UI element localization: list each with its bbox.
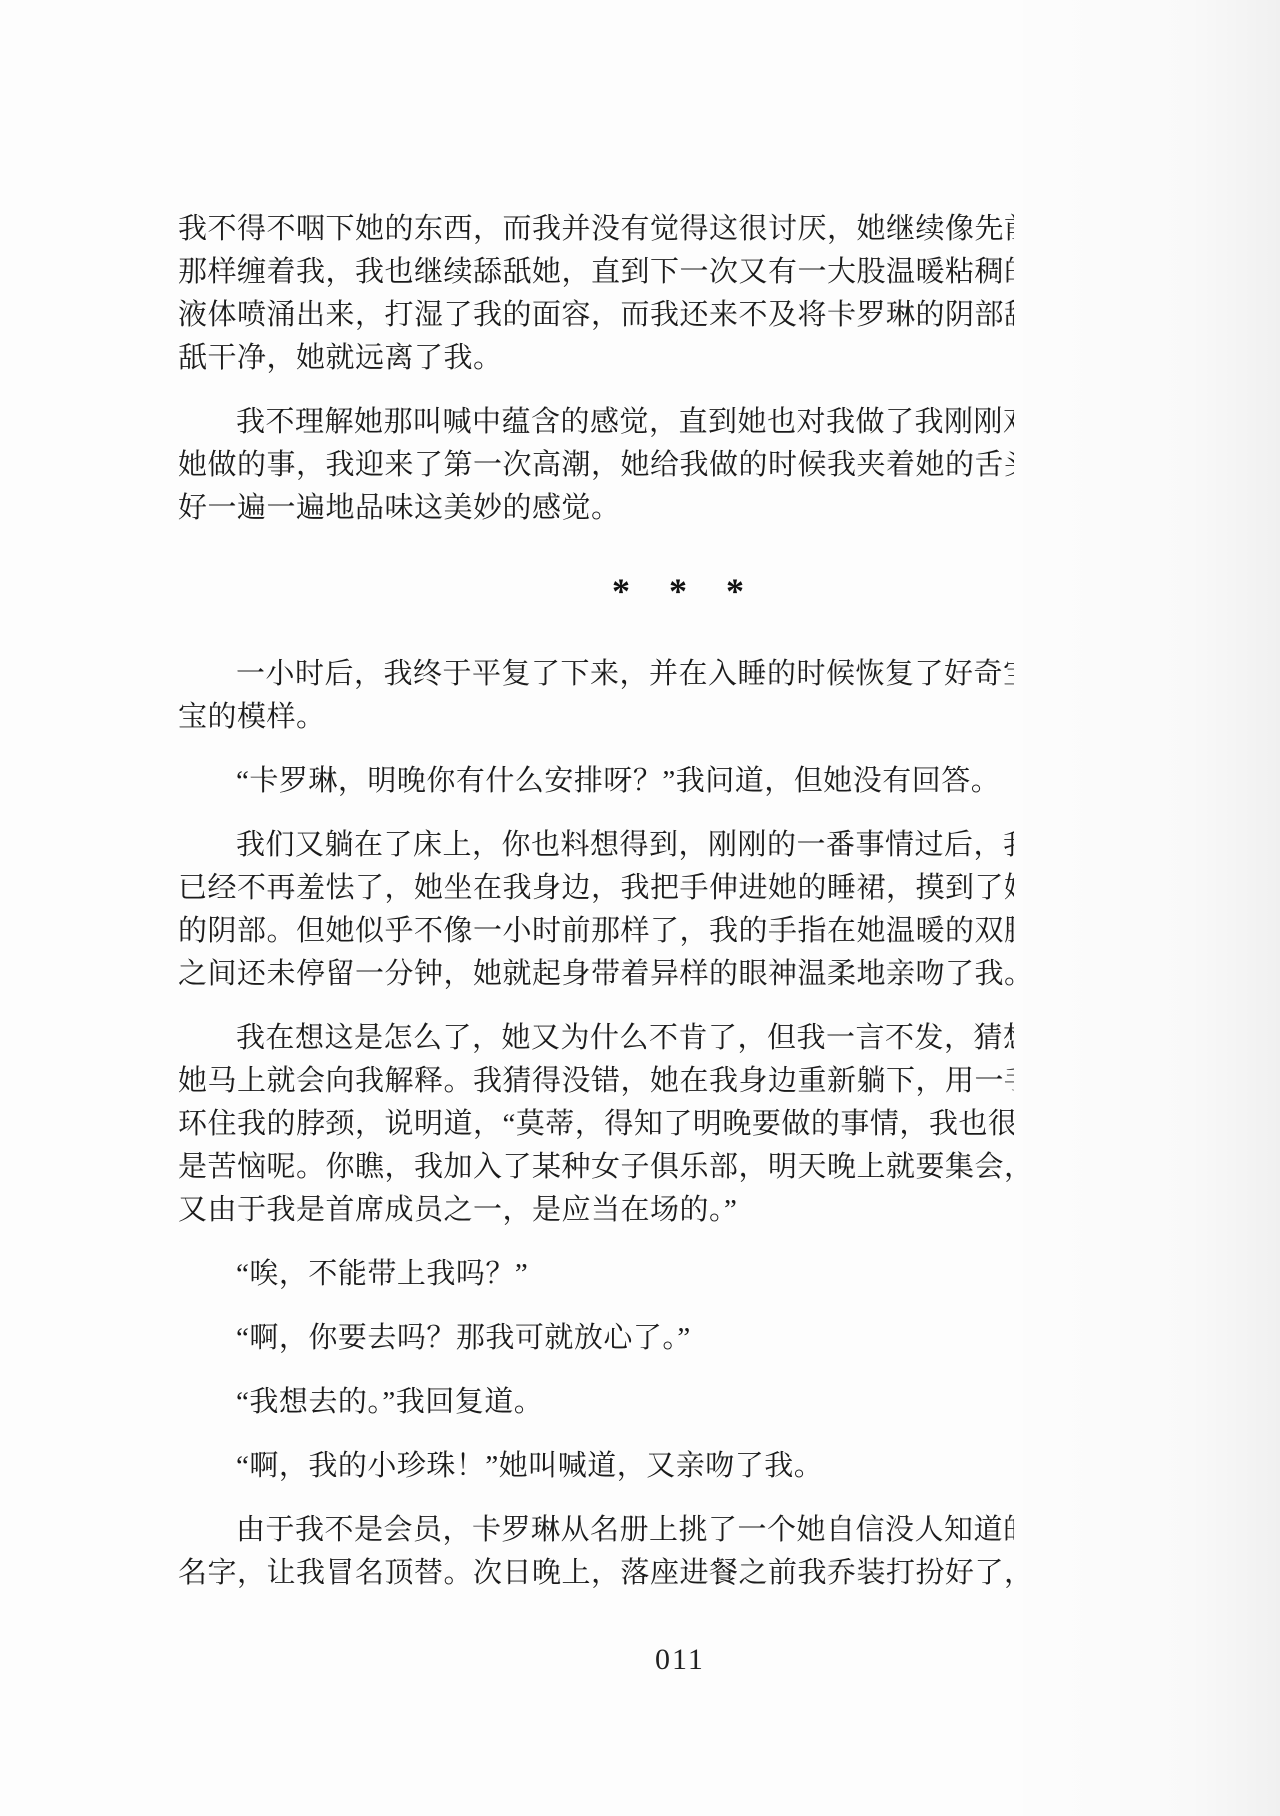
text-line: 液体喷涌出来，打湿了我的面容，而我还来不及将卡罗琳的阴部舔 [178, 294, 1014, 337]
text-line: 我不得不咽下她的东西，而我并没有觉得这很讨厌，她继续像先前 [178, 208, 1014, 251]
page-content: 我不得不咽下她的东西，而我并没有觉得这很讨厌，她继续像先前那样缠着我，我也继续舔… [178, 208, 1014, 1616]
text-line: “啊，你要去吗？那我可就放心了。” [178, 1317, 1014, 1360]
text-line: 之间还未停留一分钟，她就起身带着异样的眼神温柔地亲吻了我。 [178, 953, 1014, 996]
text-line: 我在想这是怎么了，她又为什么不肯了，但我一言不发，猜想 [178, 1017, 1014, 1060]
paragraph: 一小时后，我终于平复了下来，并在入睡的时候恢复了好奇宝宝的模样。 [178, 653, 1014, 739]
text-line: 舐干净，她就远离了我。 [178, 337, 1014, 380]
text-line: 她马上就会向我解释。我猜得没错，她在我身边重新躺下，用一手 [178, 1060, 1014, 1103]
text-line: “卡罗琳，明晚你有什么安排呀？”我问道，但她没有回答。 [178, 760, 1014, 803]
text-line: 又由于我是首席成员之一，是应当在场的。” [178, 1189, 1014, 1232]
text-line: “我想去的。”我回复道。 [178, 1381, 1014, 1424]
text-line: 我不理解她那叫喊中蕴含的感觉，直到她也对我做了我刚刚对 [178, 401, 1014, 444]
text-line: 好一遍一遍地品味这美妙的感觉。 [178, 487, 1014, 530]
text-line: 的阴部。但她似乎不像一小时前那样了，我的手指在她温暖的双腿 [178, 910, 1014, 953]
text-line: “啊，我的小珍珠！”她叫喊道，又亲吻了我。 [178, 1445, 1014, 1488]
text-line: 环住我的脖颈，说明道，“莫蒂，得知了明晚要做的事情，我也很 [178, 1103, 1014, 1146]
paragraph: 我们又躺在了床上，你也料想得到，刚刚的一番事情过后，我已经不再羞怯了，她坐在我身… [178, 824, 1014, 996]
text-line: “唉，不能带上我吗？” [178, 1253, 1014, 1296]
paragraph: “卡罗琳，明晚你有什么安排呀？”我问道，但她没有回答。 [178, 760, 1014, 803]
text-line: 那样缠着我，我也继续舔舐她，直到下一次又有一大股温暖粘稠的 [178, 251, 1014, 294]
text-line: 已经不再羞怯了，她坐在我身边，我把手伸进她的睡裙，摸到了她 [178, 867, 1014, 910]
text-line: 她做的事，我迎来了第一次高潮，她给我做的时候我夹着她的舌头， [178, 444, 1014, 487]
page-number: 011 [655, 1638, 705, 1681]
paragraph: 我在想这是怎么了，她又为什么不肯了，但我一言不发，猜想她马上就会向我解释。我猜得… [178, 1017, 1014, 1232]
text-line: 我们又躺在了床上，你也料想得到，刚刚的一番事情过后，我 [178, 824, 1014, 867]
text-line: 由于我不是会员，卡罗琳从名册上挑了一个她自信没人知道的 [178, 1509, 1014, 1552]
paragraph: 由于我不是会员，卡罗琳从名册上挑了一个她自信没人知道的名字，让我冒名顶替。次日晚… [178, 1509, 1014, 1595]
paragraph: 我不理解她那叫喊中蕴含的感觉，直到她也对我做了我刚刚对她做的事，我迎来了第一次高… [178, 401, 1014, 530]
paragraph: 我不得不咽下她的东西，而我并没有觉得这很讨厌，她继续像先前那样缠着我，我也继续舔… [178, 208, 1014, 380]
book-page: 我不得不咽下她的东西，而我并没有觉得这很讨厌，她继续像先前那样缠着我，我也继续舔… [0, 0, 1280, 1816]
paragraph: “唉，不能带上我吗？” [178, 1253, 1014, 1296]
paragraph: “啊，我的小珍珠！”她叫喊道，又亲吻了我。 [178, 1445, 1014, 1488]
paragraph: “我想去的。”我回复道。 [178, 1381, 1014, 1424]
page-number-row: 011 [0, 1638, 1280, 1681]
text-line: 宝的模样。 [178, 696, 1014, 739]
text-line: 一小时后，我终于平复了下来，并在入睡的时候恢复了好奇宝 [178, 653, 1014, 696]
text-line: 名字，让我冒名顶替。次日晚上，落座进餐之前我乔装打扮好了， [178, 1552, 1014, 1595]
paragraph: “啊，你要去吗？那我可就放心了。” [178, 1317, 1014, 1360]
section-separator: * * * [260, 570, 1096, 613]
text-line: 是苦恼呢。你瞧，我加入了某种女子俱乐部，明天晚上就要集会， [178, 1146, 1014, 1189]
